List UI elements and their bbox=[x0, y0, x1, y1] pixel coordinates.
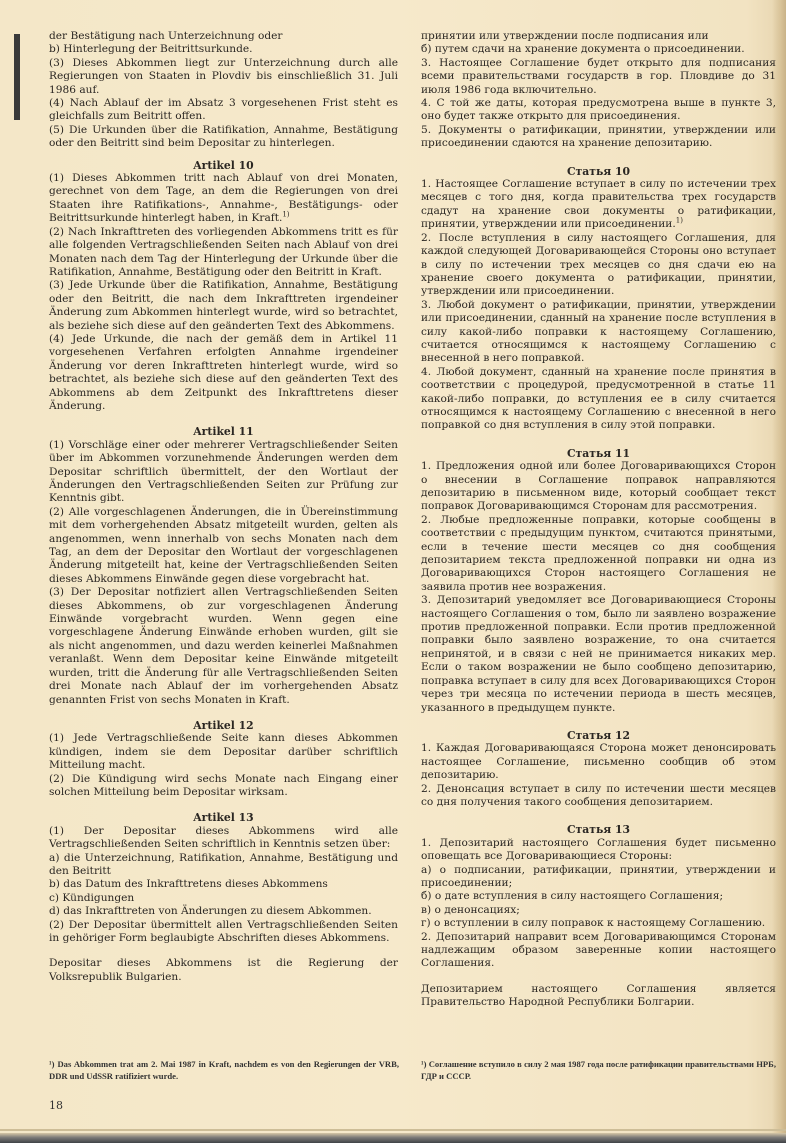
article-paragraph: 2. Денонсация вступает в силу по истечен… bbox=[421, 783, 776, 810]
article-paragraph: 1. Предложения одной или более Договарив… bbox=[421, 460, 776, 514]
german-intro-line: (4) Nach Ablauf der im Absatz 3 vorgeseh… bbox=[49, 97, 398, 124]
russian-intro-line: 4. С той же даты, которая предусмотрена … bbox=[421, 97, 776, 124]
page-edge-line bbox=[0, 1129, 786, 1131]
article-paragraph: 2. После вступления в силу настоящего Со… bbox=[421, 232, 776, 299]
article-paragraph: 1. Депозитарий настоящего Соглашения буд… bbox=[421, 837, 776, 864]
russian-intro-line: 5. Документы о ратификации, принятии, ут… bbox=[421, 124, 776, 151]
russian-footnote: ¹) Соглашение вступило в силу 2 мая 1987… bbox=[421, 1058, 776, 1082]
german-column: der Bestätigung nach Unterzeichnung oder… bbox=[49, 30, 398, 984]
article-paragraph: (1) Jede Vertragschließende Seite kann d… bbox=[49, 732, 398, 772]
footnote-marker: 1) bbox=[676, 217, 683, 225]
scan-bottom-edge bbox=[0, 1133, 786, 1143]
german-footnote: ¹) Das Abkommen trat am 2. Mai 1987 in K… bbox=[49, 1058, 399, 1082]
article-paragraph: (3) Der Depositar notfiziert allen Vertr… bbox=[49, 586, 398, 707]
article-list-item: c) Kündigungen bbox=[49, 892, 398, 905]
article-heading: Artikel 11 bbox=[49, 425, 398, 438]
article-list-item: в) о денонсациях; bbox=[421, 904, 776, 917]
article-paragraph: 3. Депозитарий уведомляет все Договарива… bbox=[421, 594, 776, 715]
german-intro-line: der Bestätigung nach Unterzeichnung oder bbox=[49, 30, 398, 43]
article-paragraph: 4. Любой документ, сданный на хранение п… bbox=[421, 366, 776, 433]
article-list-item: b) das Datum des Inkrafttretens dieses A… bbox=[49, 878, 398, 891]
article-paragraph: 1. Каждая Договаривающаяся Сторона может… bbox=[421, 742, 776, 782]
article-list-item: г) о вступлении в силу поправок к настоя… bbox=[421, 917, 776, 930]
article-list-item: a) die Unterzeichnung, Ratifikation, Ann… bbox=[49, 852, 398, 879]
article-paragraph: (1) Der Depositar dieses Abkommens wird … bbox=[49, 825, 398, 852]
article-paragraph: 2. Любые предложенные поправки, которые … bbox=[421, 514, 776, 594]
german-intro-line: (3) Dieses Abkommen liegt zur Unterzeich… bbox=[49, 57, 398, 97]
article-paragraph: 3. Любой документ о ратификации, приняти… bbox=[421, 299, 776, 366]
article-paragraph: 2. Депозитарий направит всем Договариваю… bbox=[421, 931, 776, 971]
article-heading: Artikel 10 bbox=[49, 159, 398, 172]
article-heading: Статья 11 bbox=[421, 447, 776, 460]
russian-intro-line: 3. Настоящее Соглашение будет открыто дл… bbox=[421, 57, 776, 97]
closing-statement: Депозитарием настоящего Соглашения являе… bbox=[421, 983, 776, 1010]
margin-marker-bar bbox=[14, 34, 20, 120]
article-paragraph: (2) Der Depositar übermittelt allen Vert… bbox=[49, 919, 398, 946]
document-page: der Bestätigung nach Unterzeichnung oder… bbox=[0, 0, 786, 1143]
article-paragraph: (2) Alle vorgeschlagenen Änderungen, die… bbox=[49, 506, 398, 586]
article-paragraph: (3) Jede Urkunde über die Ratifikation, … bbox=[49, 279, 398, 333]
closing-statement: Depositar dieses Abkommens ist die Regie… bbox=[49, 957, 398, 984]
article-list-item: d) das Inkrafttreten von Änderungen zu d… bbox=[49, 905, 398, 918]
article-paragraph: (2) Nach Inkrafttreten des vorliegenden … bbox=[49, 226, 398, 280]
article-heading: Artikel 13 bbox=[49, 811, 398, 824]
russian-column: принятии или утверждении после подписани… bbox=[421, 30, 776, 1010]
german-intro-line: b) Hinterlegung der Beitrittsurkunde. bbox=[49, 43, 398, 56]
german-intro-line: (5) Die Urkunden über die Ratifikation, … bbox=[49, 124, 398, 151]
article-list-item: а) о подписании, ратификации, принятии, … bbox=[421, 864, 776, 891]
article-list-item: б) о дате вступления в силу настоящего С… bbox=[421, 890, 776, 903]
article-paragraph: (4) Jede Urkunde, die nach der gemäß dem… bbox=[49, 333, 398, 413]
russian-intro-line: б) путем сдачи на хранение документа о п… bbox=[421, 43, 776, 56]
article-paragraph: (1) Dieses Abkommen tritt nach Ablauf vo… bbox=[49, 172, 398, 226]
article-heading: Статья 12 bbox=[421, 729, 776, 742]
article-heading: Статья 10 bbox=[421, 165, 776, 178]
article-paragraph: (1) Vorschläge einer oder mehrerer Vertr… bbox=[49, 439, 398, 506]
article-heading: Статья 13 bbox=[421, 823, 776, 836]
russian-intro-line: принятии или утверждении после подписани… bbox=[421, 30, 776, 43]
article-heading: Artikel 12 bbox=[49, 719, 398, 732]
article-paragraph: 1. Настоящее Соглашение вступает в силу … bbox=[421, 178, 776, 232]
footnote-marker: 1) bbox=[282, 211, 289, 219]
article-paragraph: (2) Die Kündigung wird sechs Monate nach… bbox=[49, 773, 398, 800]
page-number: 18 bbox=[49, 1099, 63, 1112]
